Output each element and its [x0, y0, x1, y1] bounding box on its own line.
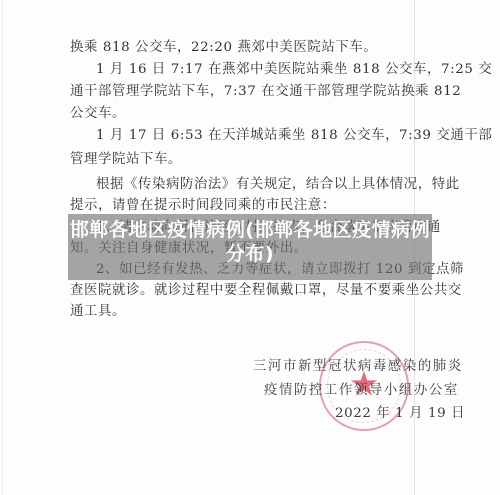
signature-org-line1: 三河市新型冠状病毒感染的肺炎 — [253, 359, 463, 375]
body-line: 通干部管理学院站下车，7:37 在交通干部管理学院站换乘 812 — [70, 84, 461, 100]
signature-date: 2022 年 1 月 19 日 — [335, 406, 465, 422]
body-line: 通工具。 — [70, 304, 126, 320]
overlay-title: 邯郸各地区疫情病例(邯郸各地区疫情病例分布) — [68, 214, 432, 266]
body-line: 根据《传染病防治法》有关规定，结合以上具体情况，特此 — [96, 177, 460, 193]
body-line: 提示，请曾在提示时间段同乘的市民注意： — [70, 198, 336, 214]
body-line: 查医院就诊。就诊过程中要全程佩戴口罩，尽量不要乘坐公共交 — [70, 283, 462, 299]
body-line: 管理学院站下车。 — [70, 152, 182, 168]
body-line: 1 月 16 日 7:17 在燕郊中美医院站乘坐 818 公交车，7:25 交 — [96, 62, 492, 78]
body-line: 公交车。 — [70, 106, 126, 122]
body-line: 1 月 17 日 6:53 在天洋城站乘坐 818 公交车，7:39 交通干部 — [96, 128, 492, 144]
document-page: 换乘 818 公交车，22:20 燕郊中美医院站下车。 1 月 16 日 7:1… — [0, 0, 500, 495]
page-edge — [2, 0, 3, 495]
signature-org-line2: 疫情防控工作领导小组办公室 — [264, 383, 459, 399]
body-line: 换乘 818 公交车，22:20 燕郊中美医院站下车。 — [70, 40, 377, 56]
